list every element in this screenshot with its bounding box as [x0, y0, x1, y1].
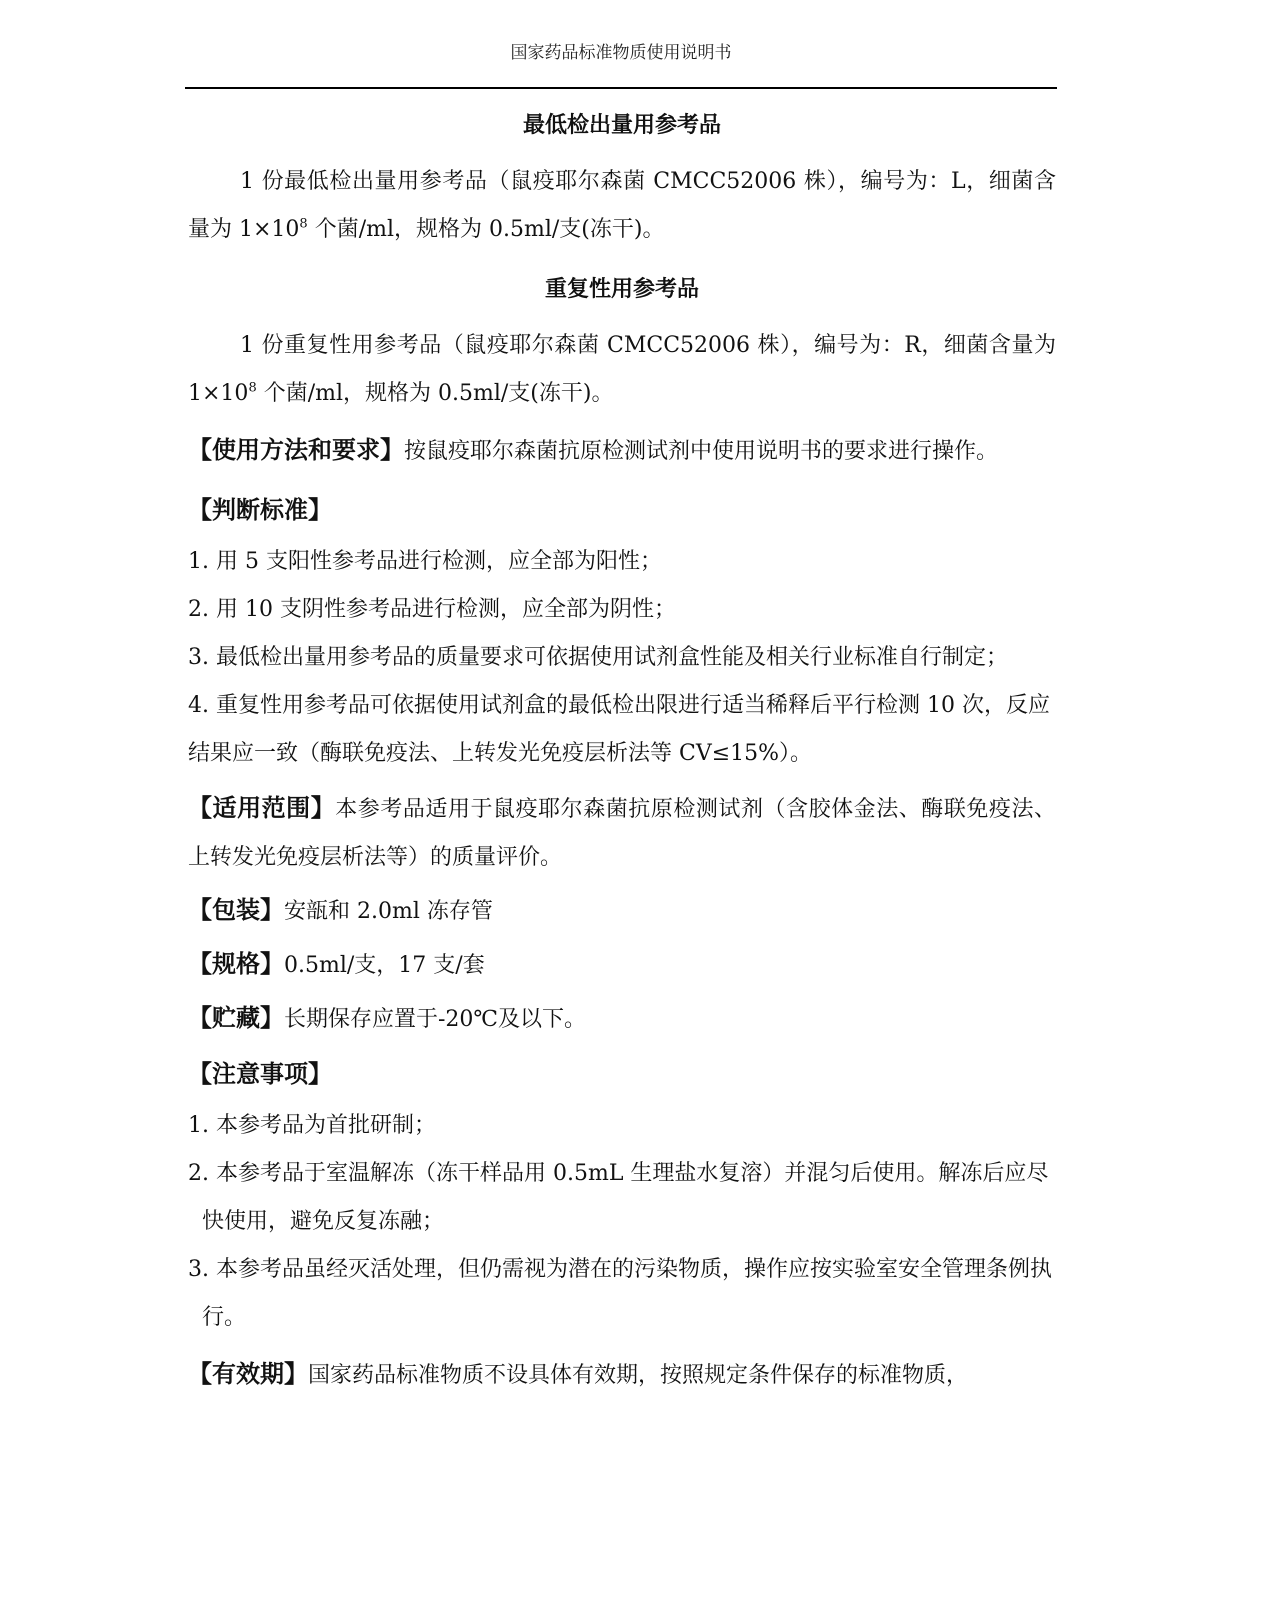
scope-label: 【适用范围】: [188, 794, 335, 822]
notes-item: 1. 本参考品为首批研制；: [188, 1102, 1056, 1150]
repeat-exponent: 8: [248, 381, 256, 396]
section-title-repeatability: 重复性用参考品: [188, 264, 1056, 316]
usage-section: 【使用方法和要求】按鼠疫耶尔森菌抗原检测试剂中使用说明书的要求进行操作。: [188, 426, 1056, 476]
repeatability-description: 1 份重复性用参考品（鼠疫耶尔森菌 CMCC52006 株），编号为：R，细菌含…: [188, 322, 1056, 418]
usage-label: 【使用方法和要求】: [188, 436, 404, 464]
criteria-item: 1. 用 5 支阳性参考品进行检测，应全部为阳性；: [188, 538, 1056, 586]
repeat-text-end: 个菌/ml，规格为 0.5ml/支(冻干)。: [257, 381, 614, 406]
criteria-item: 2. 用 10 支阴性参考品进行检测，应全部为阴性；: [188, 586, 1056, 634]
packaging-section: 【包装】安瓿和 2.0ml 冻存管: [188, 886, 1056, 936]
validity-text: 国家药品标准物质不设具体有效期，按照规定条件保存的标准物质，: [308, 1363, 968, 1388]
spec-label: 【规格】: [188, 950, 284, 978]
section-title-lod: 最低检出量用参考品: [188, 100, 1056, 152]
header-divider: [185, 87, 1057, 89]
spec-text: 0.5ml/支，17 支/套: [284, 953, 485, 978]
spec-section: 【规格】0.5ml/支，17 支/套: [188, 940, 1056, 990]
notes-label: 【注意事项】: [188, 1060, 332, 1088]
scope-section: 【适用范围】本参考品适用于鼠疫耶尔森菌抗原检测试剂（含胶体金法、酶联免疫法、上转…: [188, 784, 1056, 882]
notes-section: 【注意事项】: [188, 1046, 1056, 1102]
criteria-section: 【判断标准】: [188, 482, 1056, 538]
notes-item: 2. 本参考品于室温解冻（冻干样品用 0.5mL 生理盐水复溶）并混匀后使用。解…: [188, 1150, 1056, 1246]
validity-section: 【有效期】国家药品标准物质不设具体有效期，按照规定条件保存的标准物质，: [188, 1350, 1056, 1400]
validity-label: 【有效期】: [188, 1360, 308, 1388]
lod-text-end: 个菌/ml，规格为 0.5ml/支(冻干)。: [308, 217, 665, 242]
usage-text: 按鼠疫耶尔森菌抗原检测试剂中使用说明书的要求进行操作。: [404, 439, 998, 464]
storage-text: 长期保存应置于-20℃及以下。: [284, 1007, 586, 1032]
page-header-title: 国家药品标准物质使用说明书: [0, 38, 1242, 63]
criteria-item: 3. 最低检出量用参考品的质量要求可依据使用试剂盒性能及相关行业标准自行制定；: [188, 634, 1056, 682]
criteria-item: 4. 重复性用参考品可依据使用试剂盒的最低检出限进行适当稀释后平行检测 10 次…: [188, 682, 1056, 778]
notes-item: 3. 本参考品虽经灭活处理，但仍需视为潜在的污染物质，操作应按实验室安全管理条例…: [188, 1246, 1056, 1342]
packaging-label: 【包装】: [188, 896, 284, 924]
lod-description: 1 份最低检出量用参考品（鼠疫耶尔森菌 CMCC52006 株），编号为：L，细…: [188, 158, 1056, 254]
lod-exponent: 8: [299, 217, 307, 232]
packaging-text: 安瓿和 2.0ml 冻存管: [284, 899, 493, 924]
criteria-label: 【判断标准】: [188, 496, 332, 524]
storage-label: 【贮藏】: [188, 1004, 284, 1032]
document-body: 最低检出量用参考品 1 份最低检出量用参考品（鼠疫耶尔森菌 CMCC52006 …: [188, 100, 1056, 1400]
storage-section: 【贮藏】长期保存应置于-20℃及以下。: [188, 994, 1056, 1044]
